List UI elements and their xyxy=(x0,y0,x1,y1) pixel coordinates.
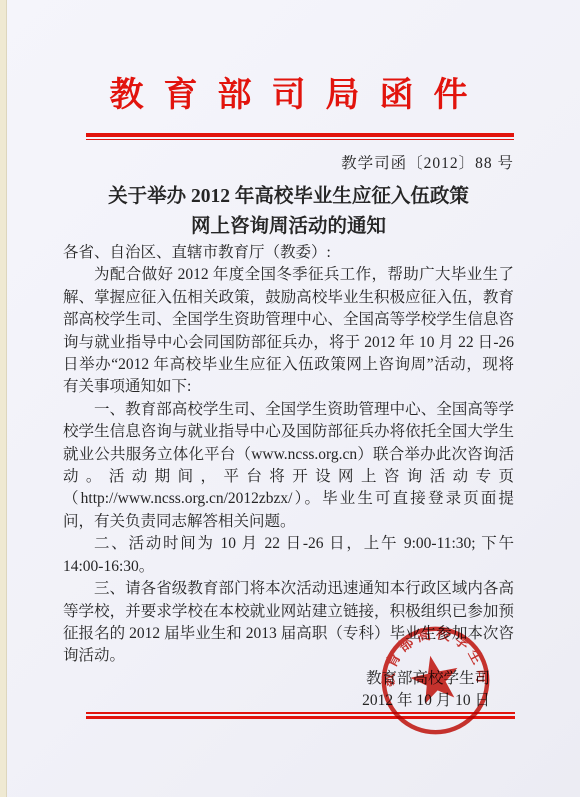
star-icon xyxy=(407,651,464,706)
scan-edge-strip xyxy=(0,0,7,797)
letterhead-rule-thin xyxy=(86,139,514,141)
document-number: 教学司函〔2012〕88 号 xyxy=(63,153,514,174)
paragraph: 二、活动时间为 10 月 22 日-26 日，上午 9:00-11:30; 下午… xyxy=(63,533,514,578)
notice-title: 关于举办 2012 年高校毕业生应征入伍政策 网上咨询周活动的通知 xyxy=(63,182,514,242)
notice-title-line1: 关于举办 2012 年高校毕业生应征入伍政策 xyxy=(63,182,514,212)
letterhead-rule xyxy=(86,133,514,140)
document-body: 为配合做好 2012 年度全国冬季征兵工作，帮助广大毕业生了解、掌握应征入伍相关… xyxy=(63,264,514,667)
paragraph: 一、教育部高校学生司、全国学生资助管理中心、全国高等学校学生信息咨询与就业指导中… xyxy=(63,399,514,533)
scanned-document-page: 教育部司局函件 教学司函〔2012〕88 号 关于举办 2012 年高校毕业生应… xyxy=(0,0,580,797)
salutation: 各省、自治区、直辖市教育厅（教委）: xyxy=(63,242,514,264)
paragraph: 为配合做好 2012 年度全国冬季征兵工作，帮助广大毕业生了解、掌握应征入伍相关… xyxy=(63,264,514,398)
letterhead-banner-title: 教育部司局函件 xyxy=(83,74,514,118)
official-seal: 教育部高校学生司 xyxy=(377,622,494,739)
notice-title-line2: 网上咨询周活动的通知 xyxy=(63,212,514,242)
